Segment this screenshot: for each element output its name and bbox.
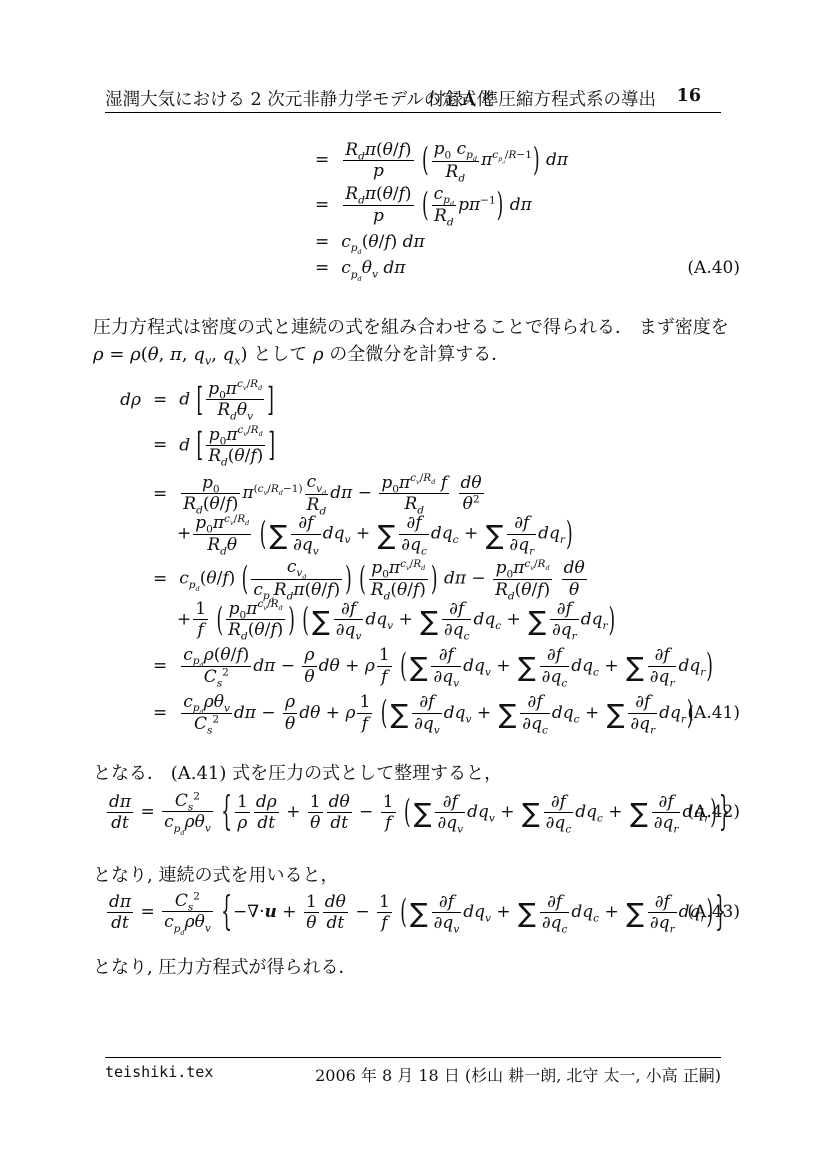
equation-rhs: dπdt = Cs2cpdρθv {1ρdρdt + 1θdθdt − 1f (… bbox=[105, 792, 731, 833]
header-rule bbox=[105, 112, 721, 113]
equation-rhs: cpdρθvCs2dπ − ρθdθ + ρ1f (∑∂f∂qvdqv + ∑∂… bbox=[179, 693, 694, 734]
equals-sign: = bbox=[141, 569, 179, 589]
equation-A42: dπdt = Cs2cpdρθv {1ρdρdt + 1θdθdt − 1f (… bbox=[105, 792, 740, 833]
equation-rhs: d [p0πcv/RdRdθv] bbox=[179, 380, 275, 420]
paragraph-use-continuity: となり, 連続の式を用いると， bbox=[93, 862, 741, 889]
equation-line-continuation: +p0πcv/RdRdθ (∑∂f∂qvdqv + ∑∂f∂qcdqc + ∑∂… bbox=[93, 514, 740, 554]
paper-page: { "header": { "left_title": "湿潤大気における 2 … bbox=[0, 0, 826, 1169]
equation-tag: (A.41) bbox=[687, 703, 740, 723]
equation-rhs: cpd(θ/f) (cvdcpdRdπ(θ/f)) (p0πcv/RdRd(θ/… bbox=[179, 558, 588, 600]
equation-rhs: +1f (p0πcv/RdRd(θ/f)) (∑∂f∂qvdqv + ∑∂f∂q… bbox=[177, 600, 616, 640]
equals-sign: = bbox=[303, 150, 341, 170]
equation-line: dρ = d [p0πcv/RdRdθv] bbox=[93, 380, 740, 420]
equation-A41: dρ = d [p0πcv/RdRdθv] = d [p0πcv/RdRd(θ/… bbox=[93, 380, 740, 733]
equation-tag: (A.42) bbox=[687, 802, 740, 822]
equation-line: = p0Rd(θ/f)π(cv/Rd−1)cvdRddπ − p0πcv/Rd … bbox=[93, 473, 740, 514]
equals-sign: = bbox=[303, 195, 341, 215]
equation-line: = Rdπ(θ/f)p (p0 cpdRdπcpd/R−1) dπ bbox=[93, 140, 740, 181]
equation-A43: dπdt = Cs2cpdρθv {−∇·u + 1θdθdt − 1f (∑∂… bbox=[105, 892, 740, 933]
equals-sign: = bbox=[303, 232, 341, 252]
equation-line: dπdt = Cs2cpdρθv {−∇·u + 1θdθdt − 1f (∑∂… bbox=[105, 892, 740, 933]
equals-sign: = bbox=[141, 435, 179, 455]
paragraph-pressure-obtained: となり, 圧力方程式が得られる． bbox=[93, 954, 741, 981]
equation-line: = cpdρ(θ/f)Cs2dπ − ρθdθ + ρ1f (∑∂f∂qvdqv… bbox=[93, 646, 740, 687]
equation-line: = Rdπ(θ/f)p (cpdRdpπ−1) dπ bbox=[93, 185, 740, 226]
paragraph-pressure-equation: 圧力方程式は密度の式と連続の式を組み合わせることで得られる． まず密度を ρ =… bbox=[93, 314, 741, 368]
equation-A40: = Rdπ(θ/f)p (p0 cpdRdπcpd/R−1) dπ = Rdπ(… bbox=[93, 140, 740, 279]
header-right-title: 付録A 準圧縮方程式系の導出 bbox=[428, 86, 656, 111]
equation-line: = cpdρθvCs2dπ − ρθdθ + ρ1f (∑∂f∂qvdqv + … bbox=[93, 693, 740, 734]
equation-rhs: Rdπ(θ/f)p (p0 cpdRdπcpd/R−1) dπ bbox=[341, 140, 568, 181]
equals-sign: = bbox=[141, 656, 179, 676]
footer-filename: teishiki.tex bbox=[105, 1063, 213, 1081]
equals-sign: = bbox=[141, 703, 179, 723]
header-page-number: 16 bbox=[677, 86, 701, 106]
paragraph-line: 圧力方程式は密度の式と連続の式を組み合わせることで得られる． まず密度を bbox=[93, 314, 741, 341]
equation-rhs: dπdt = Cs2cpdρθv {−∇·u + 1θdθdt − 1f (∑∂… bbox=[105, 892, 727, 933]
equals-sign: = bbox=[141, 484, 179, 504]
footer-rule bbox=[105, 1057, 721, 1058]
equation-line: = cpd(θ/f) (cvdcpdRdπ(θ/f)) (p0πcv/RdRd(… bbox=[93, 558, 740, 600]
equation-line: = cpd(θ/f) dπ bbox=[93, 232, 740, 253]
equation-line: = cpdθv dπ (A.40) bbox=[93, 258, 740, 279]
equation-rhs: d [p0πcv/RdRd(θ/f)] bbox=[179, 426, 276, 466]
equation-rhs: p0Rd(θ/f)π(cv/Rd−1)cvdRddπ − p0πcv/Rd fR… bbox=[179, 473, 485, 514]
equation-rhs: Rdπ(θ/f)p (cpdRdpπ−1) dπ bbox=[341, 185, 532, 226]
footer-date-authors: 2006 年 8 月 18 日 (杉山 耕一朗, 北守 太一, 小高 正嗣) bbox=[315, 1063, 721, 1086]
equation-lhs: dρ bbox=[93, 390, 141, 410]
equation-line: = d [p0πcv/RdRd(θ/f)] bbox=[93, 426, 740, 466]
equation-tag: (A.40) bbox=[687, 258, 740, 278]
equation-line: dπdt = Cs2cpdρθv {1ρdρdt + 1θdθdt − 1f (… bbox=[105, 792, 740, 833]
equation-rhs: +p0πcv/RdRdθ (∑∂f∂qvdqv + ∑∂f∂qcdqc + ∑∂… bbox=[177, 514, 574, 554]
equation-tag: (A.43) bbox=[687, 902, 740, 922]
equation-rhs: cpd(θ/f) dπ bbox=[341, 232, 424, 253]
equals-sign: = bbox=[303, 258, 341, 278]
equation-line-continuation: +1f (p0πcv/RdRd(θ/f)) (∑∂f∂qvdqv + ∑∂f∂q… bbox=[93, 600, 740, 640]
paragraph-line: ρ = ρ(θ, π, qv, qx) として ρ の全微分を計算する． bbox=[93, 341, 741, 368]
equals-sign: = bbox=[141, 390, 179, 410]
equation-rhs: cpdρ(θ/f)Cs2dπ − ρθdθ + ρ1f (∑∂f∂qvdqv +… bbox=[179, 646, 714, 687]
equation-rhs: cpdθv dπ bbox=[341, 258, 405, 279]
paragraph-rearrange-pressure: となる． (A.41) 式を圧力の式として整理すると， bbox=[93, 760, 741, 787]
